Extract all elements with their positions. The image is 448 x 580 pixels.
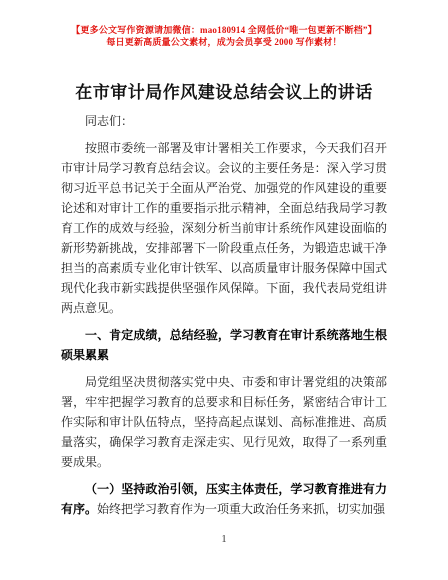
- point-one-body: 始终把学习教育作为一项重大政治任务来抓，切实加强: [97, 502, 385, 516]
- document-title: 在市审计局作风建设总结会议上的讲话: [0, 78, 448, 103]
- page-number: 1: [0, 534, 448, 545]
- salutation: 同志们：: [61, 111, 387, 131]
- section-heading-one: 一、肯定成绩，总结经验，学习教育在审计系统落地生根硕果累累: [61, 325, 387, 365]
- watermark-line2: 每日更新高质量公文素材，成为会员享受 2000 写作素材！: [0, 36, 448, 48]
- document-page: 【更多公文写作资源请加微信：mao180914 全网低价“唯一包更新不断档”】 …: [0, 0, 448, 580]
- paragraph-point-one: （一）坚持政治引领，压实主体责任，学习教育推进有力有序。始终把学习教育作为一项重…: [61, 479, 387, 519]
- watermark-ad: 【更多公文写作资源请加微信：mao180914 全网低价“唯一包更新不断档”】 …: [0, 24, 448, 48]
- watermark-line1: 【更多公文写作资源请加微信：mao180914 全网低价“唯一包更新不断档”】: [0, 24, 448, 36]
- document-body: 同志们： 按照市委统一部署及审计署相关工作要求，今天我们召开市审计局学习教育总结…: [61, 111, 387, 526]
- paragraph-opening: 按照市委统一部署及审计署相关工作要求，今天我们召开市审计局学习教育总结会议。会议…: [61, 138, 387, 318]
- paragraph-achievements: 局党组坚决贯彻落实党中央、市委和审计署党组的决策部署，牢牢把握学习教育的总要求和…: [61, 372, 387, 472]
